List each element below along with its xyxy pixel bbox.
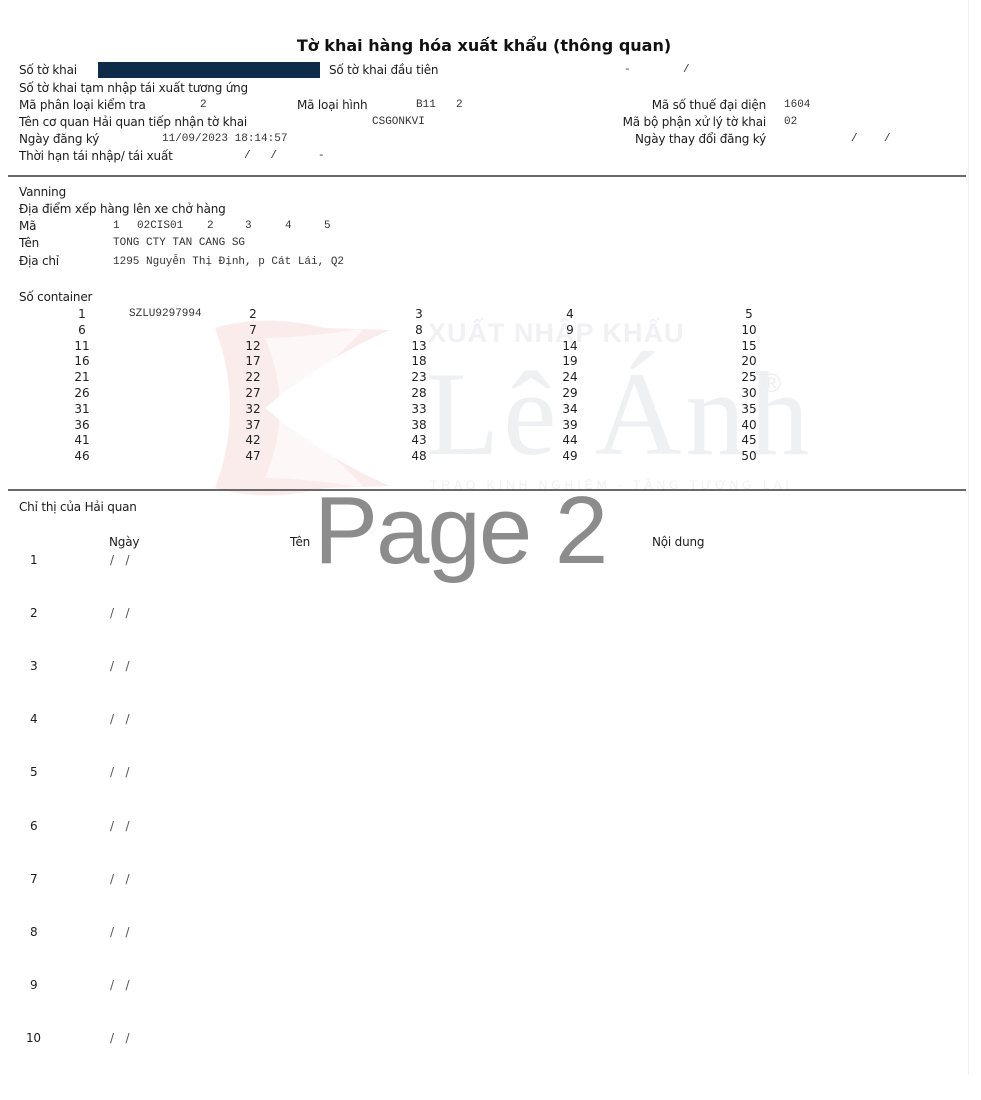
ma-loai-hinh-value: B11 xyxy=(416,99,436,111)
container-slot-number: 34 xyxy=(550,402,590,416)
instruction-row-date: / / xyxy=(110,712,130,726)
instruction-row-date: / / xyxy=(110,1031,130,1045)
container-slot-number: 43 xyxy=(399,433,439,447)
container-slot-number: 25 xyxy=(729,370,769,384)
chi-thi-label: Chỉ thị của Hải quan xyxy=(19,500,137,514)
declaration-page: XUẤT NHẬP KHẨU Lê Ánh ® TRAO KINH NGHIỆM… xyxy=(0,0,969,1075)
container-slot-number: 47 xyxy=(233,449,273,463)
instruction-row-number: 1 xyxy=(30,553,37,567)
instruction-row-number: 10 xyxy=(26,1031,41,1045)
instruction-row-number: 5 xyxy=(30,765,37,779)
ngay-thay-doi-value: / / xyxy=(851,133,891,145)
instruction-row-date: / / xyxy=(110,819,130,833)
container-slot-number: 38 xyxy=(399,418,439,432)
ma-so-thue-value: 1604 xyxy=(784,99,810,111)
container-slot-number: 2 xyxy=(233,307,273,321)
container-slot-number: 45 xyxy=(729,433,769,447)
ngay-thay-doi-label: Ngày thay đổi đăng ký xyxy=(600,132,766,146)
container-slot-number: 48 xyxy=(399,449,439,463)
ma-loai-hinh-label: Mã loại hình xyxy=(297,98,367,112)
container-slot-number: 44 xyxy=(550,433,590,447)
container-slot-number: 33 xyxy=(399,402,439,416)
container-slot-number: 18 xyxy=(399,354,439,368)
container-slot-number: 14 xyxy=(550,339,590,353)
ten-co-quan-label: Tên cơ quan Hải quan tiếp nhận tờ khai xyxy=(19,115,247,129)
ma-label: Mã xyxy=(19,219,36,233)
container-slot-number: 26 xyxy=(62,386,102,400)
col-noi-dung-header: Nội dung xyxy=(652,535,704,549)
so-to-khai-dau-tien-dash: - xyxy=(624,64,631,76)
container-slot-number: 12 xyxy=(233,339,273,353)
container-slot-number: 7 xyxy=(233,323,273,337)
ma-slot-4: 4 xyxy=(285,220,292,232)
container-slot-number: 30 xyxy=(729,386,769,400)
container-slot-number: 50 xyxy=(729,449,769,463)
instruction-row-number: 4 xyxy=(30,712,37,726)
page-number-stamp: Page 2 xyxy=(314,476,606,586)
ma-value-1: 02CIS01 xyxy=(137,220,183,232)
dia-chi-label: Địa chỉ xyxy=(19,254,59,268)
instruction-row-number: 9 xyxy=(30,978,37,992)
container-slot-number: 17 xyxy=(233,354,273,368)
ma-loai-hinh-value2: 2 xyxy=(456,99,463,111)
instruction-row-date: / / xyxy=(110,659,130,673)
container-slot-number: 20 xyxy=(729,354,769,368)
container-slot-number: 28 xyxy=(399,386,439,400)
dia-diem-label: Địa điểm xếp hàng lên xe chở hàng xyxy=(19,202,226,216)
ngay-dang-ky-label: Ngày đăng ký xyxy=(19,132,99,146)
ma-bo-phan-label: Mã bộ phận xử lý tờ khai xyxy=(600,115,766,129)
container-slot-number: 21 xyxy=(62,370,102,384)
ma-slot-1: 1 xyxy=(113,220,120,232)
container-slot-number: 8 xyxy=(399,323,439,337)
page-title: Tờ khai hàng hóa xuất khẩu (thông quan) xyxy=(0,36,968,55)
container-slot-number: 19 xyxy=(550,354,590,368)
container-slot-number: 42 xyxy=(233,433,273,447)
instruction-row-number: 3 xyxy=(30,659,37,673)
container-slot-number: 29 xyxy=(550,386,590,400)
redacted-declaration-number xyxy=(98,62,320,78)
so-to-khai-label: Số tờ khai xyxy=(19,63,77,77)
instruction-row-number: 8 xyxy=(30,925,37,939)
instruction-row-date: / / xyxy=(110,553,130,567)
col-ten-header: Tên xyxy=(290,535,310,549)
container-slot-number: 35 xyxy=(729,402,769,416)
container-slot-number: 13 xyxy=(399,339,439,353)
ma-so-thue-label: Mã số thuế đại diện xyxy=(620,98,766,112)
container-slot-number: 27 xyxy=(233,386,273,400)
container-slot-number: 1 xyxy=(62,307,102,321)
container-slot-number: 37 xyxy=(233,418,273,432)
container-slot-number: 4 xyxy=(550,307,590,321)
so-to-khai-dau-tien-label: Số tờ khai đầu tiên xyxy=(329,63,438,77)
container-number-value: SZLU9297994 xyxy=(129,308,202,320)
divider xyxy=(8,175,966,177)
container-slot-number: 3 xyxy=(399,307,439,321)
thoi-han-dash: - xyxy=(318,150,325,162)
col-ngay-header: Ngày xyxy=(109,535,139,549)
dia-chi-value: 1295 Nguyễn Thị Định, p Cát Lái, Q2 xyxy=(113,256,344,268)
instruction-row-date: / / xyxy=(110,872,130,886)
container-slot-number: 10 xyxy=(729,323,769,337)
thoi-han-label: Thời hạn tái nhập/ tái xuất xyxy=(19,149,173,163)
container-slot-number: 46 xyxy=(62,449,102,463)
instruction-row-date: / / xyxy=(110,925,130,939)
ma-phan-loai-kiem-tra-value: 2 xyxy=(200,99,207,111)
ma-slot-2: 2 xyxy=(207,220,214,232)
vanning-label: Vanning xyxy=(19,185,66,199)
thoi-han-value: / / xyxy=(244,150,277,162)
container-slot-number: 40 xyxy=(729,418,769,432)
ma-slot-3: 3 xyxy=(245,220,252,232)
container-slot-number: 15 xyxy=(729,339,769,353)
instruction-row-number: 2 xyxy=(30,606,37,620)
ngay-dang-ky-value: 11/09/2023 18:14:57 xyxy=(162,133,287,145)
container-slot-number: 36 xyxy=(62,418,102,432)
ma-phan-loai-kiem-tra-label: Mã phân loại kiểm tra xyxy=(19,98,146,112)
container-slot-number: 16 xyxy=(62,354,102,368)
instruction-row-date: / / xyxy=(110,765,130,779)
container-slot-number: 22 xyxy=(233,370,273,384)
container-slot-number: 23 xyxy=(399,370,439,384)
ten-value: TONG CTY TAN CANG SG xyxy=(113,237,245,249)
container-slot-number: 5 xyxy=(729,307,769,321)
so-to-khai-tam-nhap-label: Số tờ khai tạm nhập tái xuất tương ứng xyxy=(19,81,248,95)
container-slot-number: 24 xyxy=(550,370,590,384)
ten-co-quan-value: CSGONKVI xyxy=(372,116,425,128)
instruction-row-number: 7 xyxy=(30,872,37,886)
container-slot-number: 49 xyxy=(550,449,590,463)
ten-label: Tên xyxy=(19,236,39,250)
container-slot-number: 39 xyxy=(550,418,590,432)
instruction-row-number: 6 xyxy=(30,819,37,833)
so-to-khai-dau-tien-slash: / xyxy=(683,64,690,76)
container-slot-number: 41 xyxy=(62,433,102,447)
instruction-row-date: / / xyxy=(110,978,130,992)
ma-bo-phan-value: 02 xyxy=(784,116,797,128)
ma-slot-5: 5 xyxy=(324,220,331,232)
container-slot-number: 11 xyxy=(62,339,102,353)
instruction-row-date: / / xyxy=(110,606,130,620)
container-slot-number: 9 xyxy=(550,323,590,337)
container-slot-number: 32 xyxy=(233,402,273,416)
so-container-label: Số container xyxy=(19,290,92,304)
container-slot-number: 6 xyxy=(62,323,102,337)
container-slot-number: 31 xyxy=(62,402,102,416)
